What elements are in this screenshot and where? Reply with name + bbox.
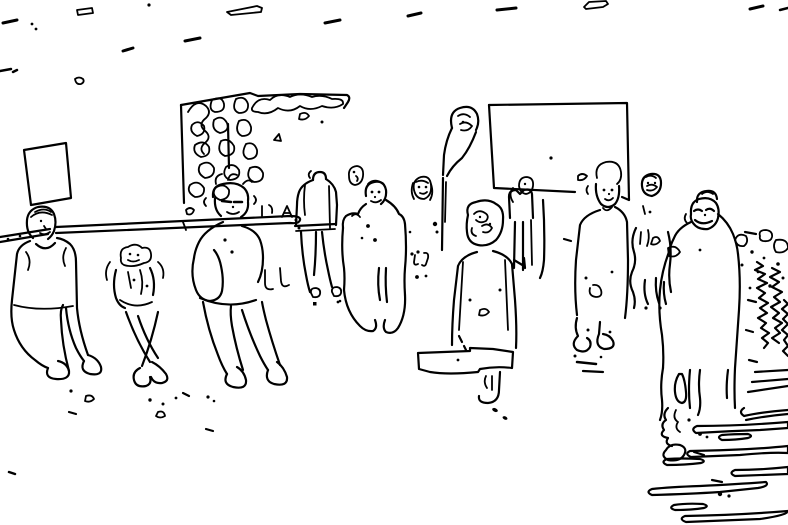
edge-image-canvas xyxy=(0,0,788,525)
edge-detected-photo xyxy=(0,0,788,525)
poster-artwork xyxy=(181,93,349,230)
head-long-hair xyxy=(412,177,433,200)
stray-marks xyxy=(9,472,15,474)
ceiling-edges xyxy=(0,1,788,84)
figure-back-view xyxy=(295,171,341,306)
curly-hair-woman xyxy=(452,200,516,348)
figure-raised-arm xyxy=(509,177,544,278)
wall-screen xyxy=(489,103,629,200)
man-center xyxy=(337,181,439,333)
round-head xyxy=(642,174,661,214)
floating-head xyxy=(349,166,363,185)
bench xyxy=(418,336,513,421)
smiling-man-right xyxy=(659,191,747,461)
person-by-screen xyxy=(442,107,478,250)
child-figure xyxy=(106,245,189,418)
woman-long-dress xyxy=(564,162,628,372)
man-center-left xyxy=(192,174,300,431)
sign-board xyxy=(24,143,71,205)
